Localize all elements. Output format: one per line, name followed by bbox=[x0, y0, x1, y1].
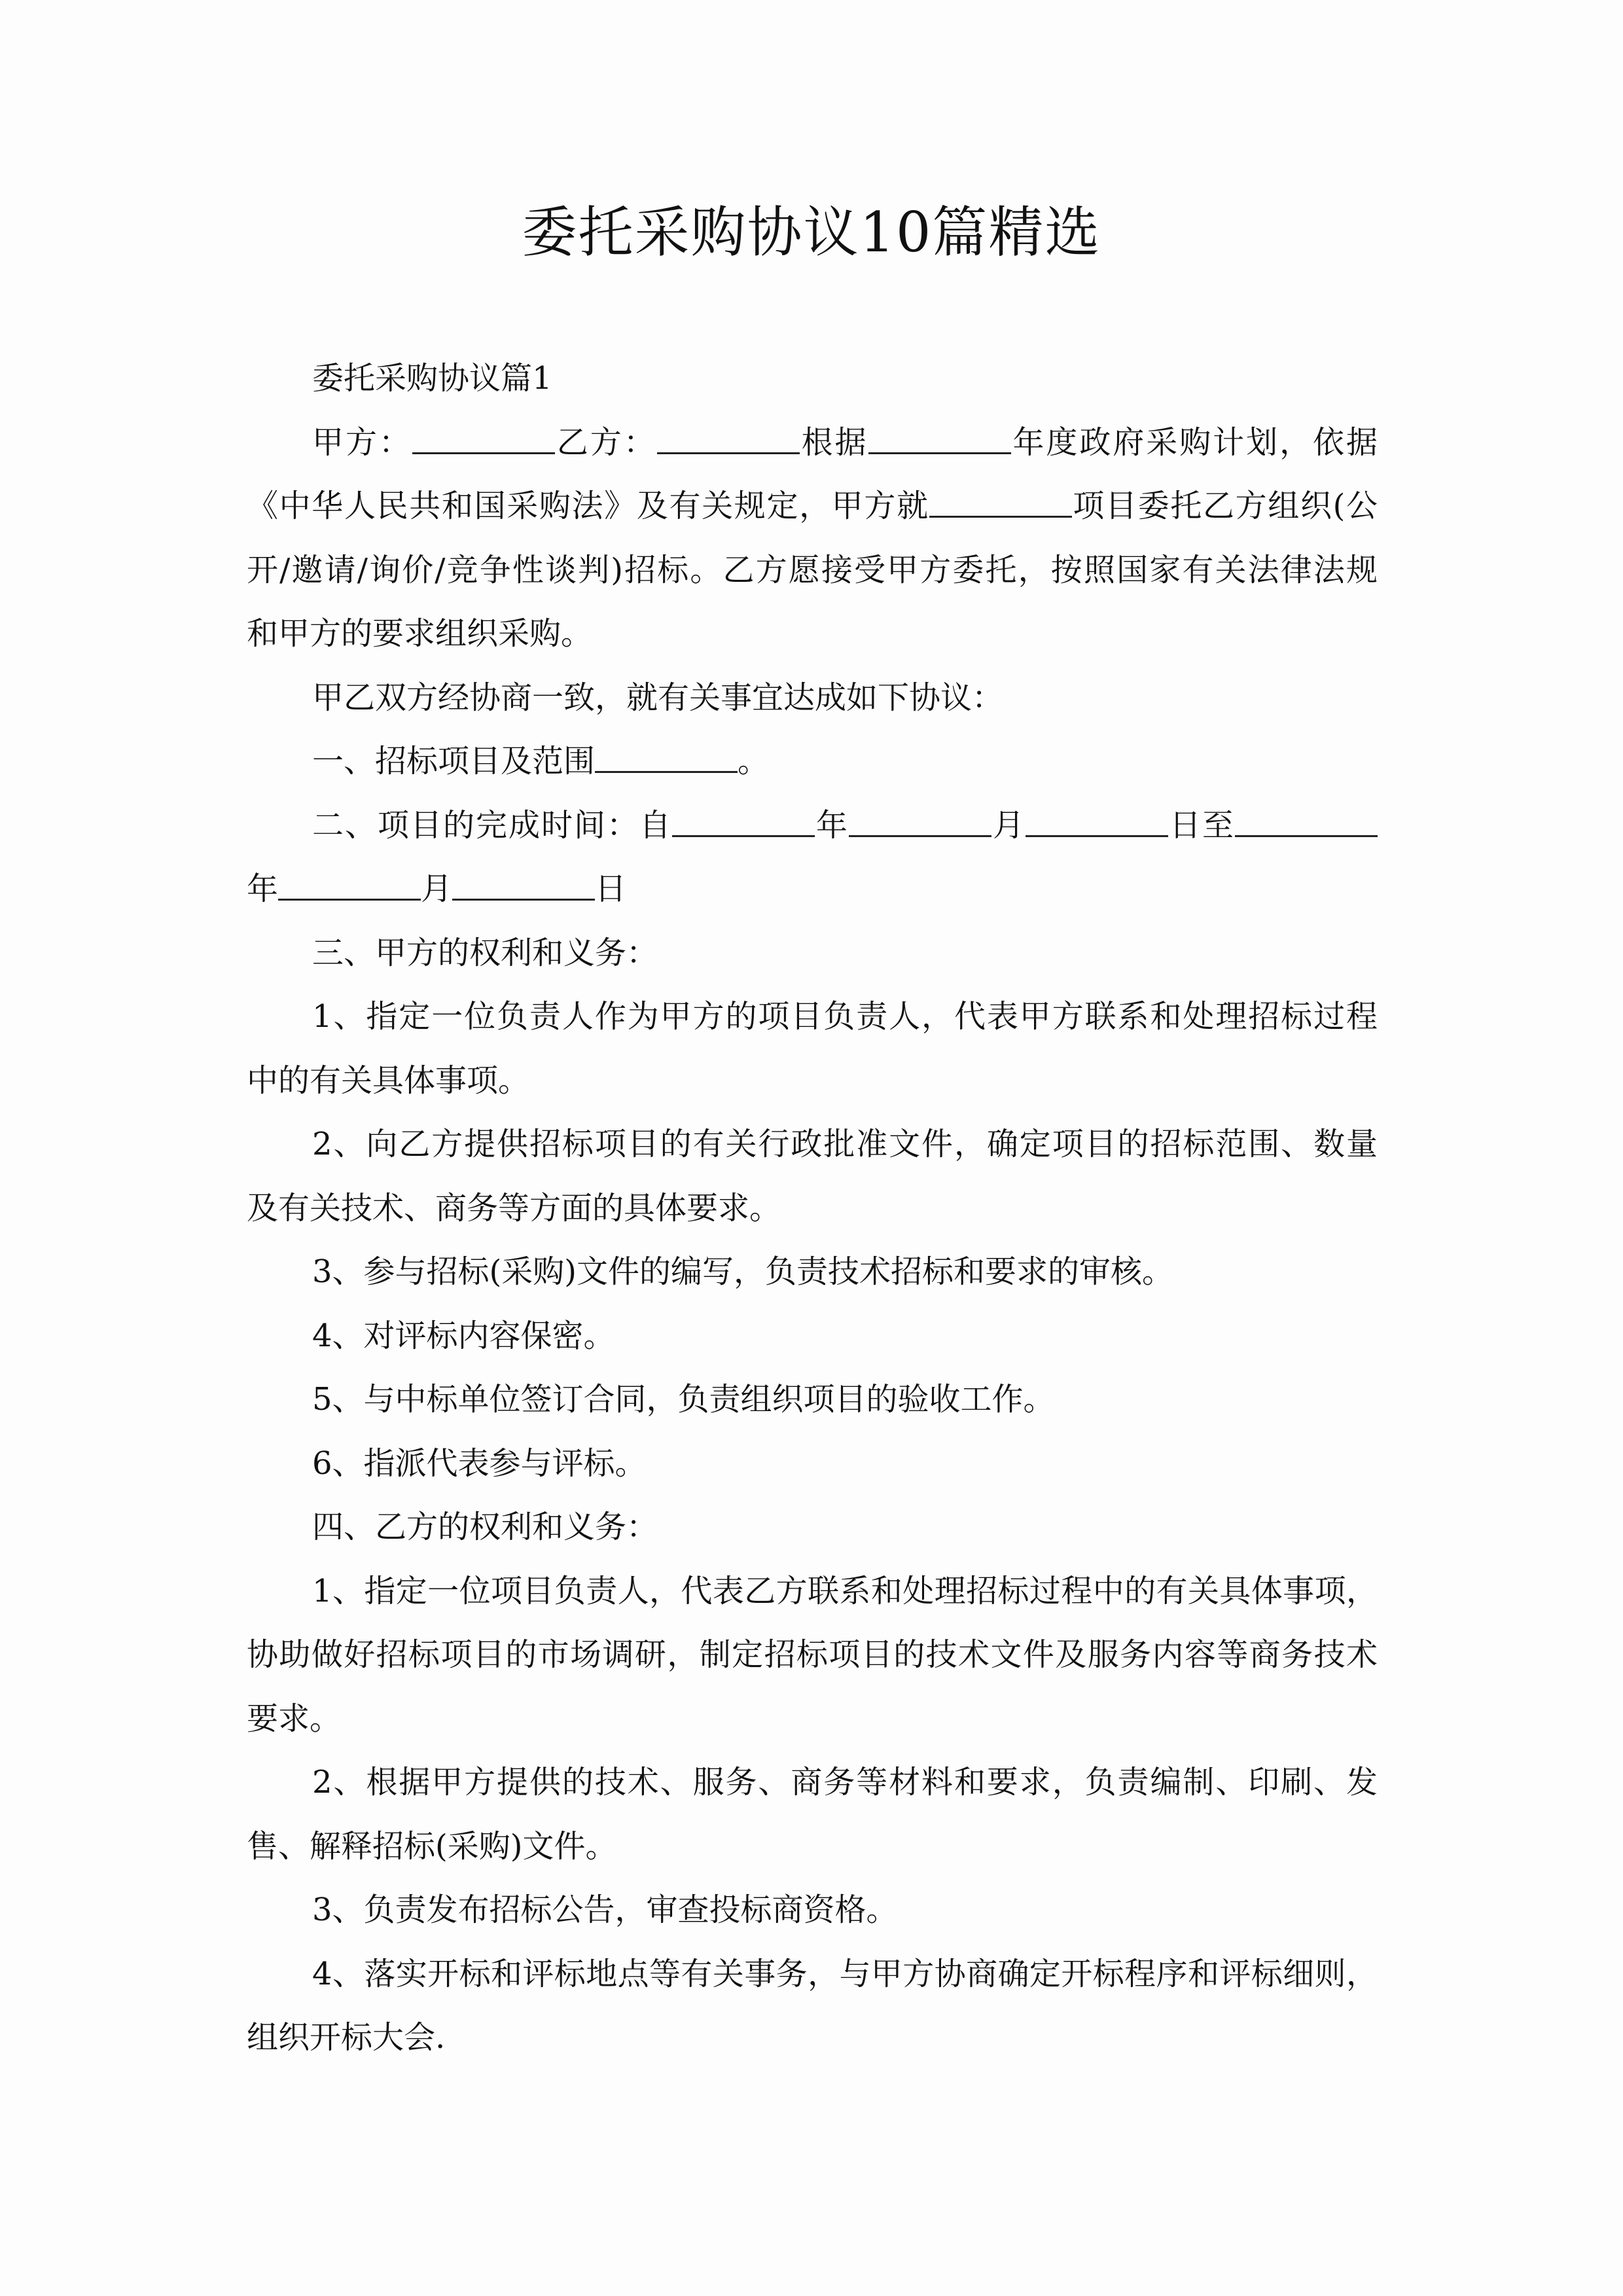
party-b-blank bbox=[657, 426, 800, 454]
clause-2-label: 二、项目的完成时间：自 bbox=[312, 807, 672, 844]
section-heading: 委托采购协议篇1 bbox=[247, 347, 1378, 411]
law-reference: 《中华人民共和国采购法》及有关规定，甲方就 bbox=[247, 488, 929, 524]
start-month-blank bbox=[849, 809, 991, 837]
year2-label: 年 bbox=[247, 870, 278, 907]
document-title: 委托采购协议10篇精选 bbox=[0, 196, 1623, 268]
agreement-statement: 甲乙双方经协商一致，就有关事宜达成如下协议： bbox=[247, 666, 1378, 730]
section-3-heading: 三、甲方的权利和义务： bbox=[247, 922, 1378, 986]
start-day-blank bbox=[1026, 809, 1168, 837]
year-blank bbox=[868, 426, 1011, 454]
day2-label: 日 bbox=[595, 870, 626, 907]
section-4-item-1-line-1: 1、指定一位项目负责人，代表乙方联系和处理招标过程中的有关具体事项， bbox=[247, 1560, 1378, 1624]
document-body: 委托采购协议篇1 甲方：乙方：根据年度政府采购计划，依据 《中华人民共和国采购法… bbox=[247, 347, 1378, 2070]
clause-2-line-2: 年月日 bbox=[247, 857, 1378, 922]
intro-line-4: 和甲方的要求组织采购。 bbox=[247, 602, 1378, 666]
month-label: 月 bbox=[991, 807, 1026, 844]
basis-label: 根据 bbox=[800, 424, 868, 461]
section-3-item-2-line-1: 2、向乙方提供招标项目的有关行政批准文件，确定项目的招标范围、数量 bbox=[247, 1113, 1378, 1177]
clause-1: 一、招标项目及范围。 bbox=[247, 730, 1378, 794]
section-4-item-2-line-1: 2、根据甲方提供的技术、服务、商务等材料和要求，负责编制、印刷、发 bbox=[247, 1751, 1378, 1815]
party-a-blank bbox=[412, 426, 555, 454]
month2-label: 月 bbox=[421, 870, 452, 907]
section-4-item-3: 3、负责发布招标公告，审查投标商资格。 bbox=[247, 1878, 1378, 1943]
section-3-item-4: 4、对评标内容保密。 bbox=[247, 1304, 1378, 1369]
party-a-label: 甲方： bbox=[312, 424, 412, 461]
day-to-label: 日至 bbox=[1168, 807, 1235, 844]
year-label: 年 bbox=[815, 807, 849, 844]
end-day-blank bbox=[452, 872, 595, 901]
clause-1-text: 一、招标项目及范围 bbox=[312, 743, 595, 780]
scope-blank bbox=[595, 745, 738, 773]
section-3-item-3: 3、参与招标(采购)文件的编写，负责技术招标和要求的审核。 bbox=[247, 1240, 1378, 1304]
section-3-item-1-line-1: 1、指定一位负责人作为甲方的项目负责人，代表甲方联系和处理招标过程 bbox=[247, 985, 1378, 1049]
section-4-heading: 四、乙方的权利和义务： bbox=[247, 1496, 1378, 1560]
section-4-item-4-line-2: 组织开标大会. bbox=[247, 2006, 1378, 2070]
section-4-item-2-line-2: 售、解释招标(采购)文件。 bbox=[247, 1815, 1378, 1879]
intro-line-2: 《中华人民共和国采购法》及有关规定，甲方就项目委托乙方组织(公 bbox=[247, 475, 1378, 539]
section-3-item-6: 6、指派代表参与评标。 bbox=[247, 1432, 1378, 1496]
party-b-label: 乙方： bbox=[555, 424, 657, 461]
entrust-text: 项目委托乙方组织(公 bbox=[1072, 488, 1378, 524]
section-3-item-1-line-2: 中的有关具体事项。 bbox=[247, 1049, 1378, 1113]
section-4-item-1-line-3: 要求。 bbox=[247, 1687, 1378, 1751]
project-blank bbox=[929, 490, 1072, 518]
clause-1-suffix: 。 bbox=[738, 743, 769, 780]
clause-2-line-1: 二、项目的完成时间：自年月日至 bbox=[247, 794, 1378, 858]
section-4-item-1-line-2: 协助做好招标项目的市场调研，制定招标项目的技术文件及服务内容等商务技术 bbox=[247, 1623, 1378, 1687]
document-page: 委托采购协议10篇精选 委托采购协议篇1 甲方：乙方：根据年度政府采购计划，依据… bbox=[0, 0, 1623, 2296]
section-3-item-5: 5、与中标单位签订合同，负责组织项目的验收工作。 bbox=[247, 1368, 1378, 1432]
end-month-blank bbox=[278, 872, 421, 901]
plan-text: 年度政府采购计划，依据 bbox=[1011, 424, 1378, 461]
section-4-item-4-line-1: 4、落实开标和评标地点等有关事务，与甲方协商确定开标程序和评标细则， bbox=[247, 1943, 1378, 2007]
intro-line-3: 开/邀请/询价/竞争性谈判)招标。乙方愿接受甲方委托，按照国家有关法律法规 bbox=[247, 539, 1378, 603]
intro-line-1: 甲方：乙方：根据年度政府采购计划，依据 bbox=[247, 411, 1378, 475]
end-year-blank bbox=[1235, 809, 1378, 837]
start-year-blank bbox=[672, 809, 815, 837]
section-3-item-2-line-2: 及有关技术、商务等方面的具体要求。 bbox=[247, 1177, 1378, 1241]
